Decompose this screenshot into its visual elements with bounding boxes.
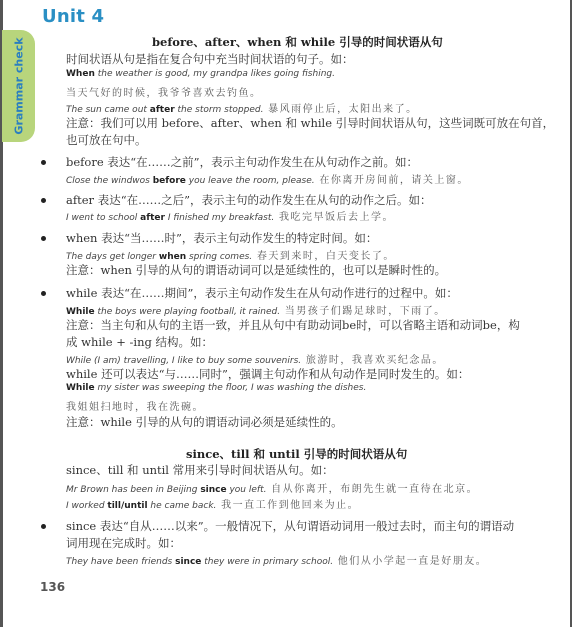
note: 注意：当主句和从句的主语一致，并且从句中有助动词be时，可以省略主语和动词be，… <box>66 317 520 333</box>
bullet-icon <box>41 160 46 165</box>
example-sentence: Close the windwos before you leave the r… <box>66 171 469 186</box>
bullet-after: after 表达“在……之后”，表示主句的动作发生在从句的动作之后。如： <box>66 192 431 208</box>
bullet-since-continued: 词用现在完成时。如： <box>66 535 181 551</box>
example-sentence: I worked till/until he came back. 我一直工作到… <box>66 496 359 511</box>
note: 注意：when 引导的从句的谓语动词可以是延续性的，也可以是瞬时性的。 <box>66 262 446 278</box>
example-sentence: They have been friends since they were i… <box>66 552 487 567</box>
note: 注意：while 引导的从句的谓语动词必须是延续性的。 <box>66 414 343 430</box>
bullet-icon <box>41 236 46 241</box>
bullet-since: since 表达“自从……以来”。一般情况下，从句谓语动词用一般过去时，而主句的… <box>66 518 514 534</box>
bullet-icon <box>41 524 46 529</box>
unit-title: Unit 4 <box>42 6 104 27</box>
grammar-check-tab: Grammar check <box>2 30 35 142</box>
section2-heading: since、till 和 until 引导的时间状语从句 <box>186 446 407 462</box>
section1-heading: before、after、when 和 while 引导的时间状语从句 <box>152 34 443 50</box>
while-simultaneous: while 还可以表达“与……同时”，强调主句动作和从句动作是同时发生的。如： <box>66 366 469 382</box>
example-sentence: While (I am) travelling, I like to buy s… <box>66 351 444 366</box>
bullet-icon <box>41 291 46 296</box>
bullet-before: before 表达“在……之前”，表示主句动作发生在从句动作之前。如： <box>66 154 418 170</box>
example-sentence: The days get longer when spring comes. 春… <box>66 247 395 262</box>
page-number: 136 <box>40 580 65 594</box>
page-right-border <box>570 0 572 627</box>
section2-intro: since、till 和 until 常用来引导时间状语从句。如： <box>66 462 334 478</box>
section1-intro: 时间状语从句是指在复合句中充当时间状语的句子。如： <box>66 51 354 67</box>
bullet-when: when 表达“当……时”，表示主句动作发生的特定时间。如： <box>66 230 377 246</box>
note-continued: 也可放在句中。 <box>66 132 147 148</box>
example-translation: 我姐姐扫地时，我在洗碗。 <box>66 398 204 413</box>
example-sentence: Mr Brown has been in Beijing since you l… <box>66 480 478 495</box>
side-tab-label: Grammar check <box>12 37 25 134</box>
example-sentence: When the weather is good, my grandpa lik… <box>66 69 335 79</box>
note: 注意：我们可以用 before、after、when 和 while 引导时间状… <box>66 115 554 131</box>
example-sentence: While my sister was sweeping the floor, … <box>66 383 366 393</box>
bullet-icon <box>41 198 46 203</box>
example-translation: 当天气好的时候，我爷爷喜欢去钓鱼。 <box>66 84 262 99</box>
bullet-while: while 表达“在……期间”，表示主句动作发生在从句动作进行的过程中。如： <box>66 285 458 301</box>
example-sentence: I went to school after I finished my bre… <box>66 208 394 223</box>
note-continued: 成 while + -ing 结构。如： <box>66 334 213 350</box>
example-sentence: The sun came out after the storm stopped… <box>66 100 418 115</box>
example-sentence: While the boys were playing football, it… <box>66 302 446 317</box>
